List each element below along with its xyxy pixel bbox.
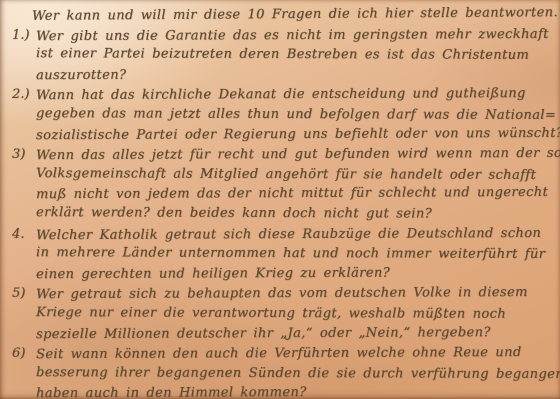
handwritten-line: auszurotten? [36, 64, 552, 86]
question-number: 1.) [8, 26, 36, 46]
question-text: Wenn das alles jetzt für recht und gut b… [36, 145, 552, 223]
handwritten-line: gegeben das man jetzt alles thun und bef… [36, 104, 552, 125]
handwritten-line: in mehrere Länder unternommen hat und no… [36, 243, 552, 264]
handwritten-line: ist einer Partei beizutreten deren Bestr… [36, 44, 552, 65]
question-item-4: 4. Welcher Katholik getraut sich diese R… [8, 225, 552, 284]
question-number: 3) [8, 145, 36, 165]
handwritten-line: sozialistische Partei oder Regierung uns… [36, 123, 552, 145]
question-item-2: 2.) Wann hat das kirchliche Dekanat die … [8, 85, 552, 144]
handwritten-line: Wenn das alles jetzt für recht und gut b… [36, 144, 552, 166]
question-item-6: 6) Seit wann können den auch die Verführ… [8, 344, 552, 399]
question-text: Wann hat das kirchliche Dekanat die ents… [36, 85, 552, 144]
question-item-3: 3) Wenn das alles jetzt für recht und gu… [8, 145, 552, 223]
question-item-1: 1.) Wer gibt uns die Garantie das es nic… [8, 26, 552, 85]
handwritten-line: besserung ihrer begangenen Sünden die si… [36, 363, 552, 384]
scanned-handwritten-page: Wer kann und will mir diese 10 Fragen di… [0, 0, 560, 399]
question-text: Wer getraut sich zu behaupten das vom de… [36, 284, 552, 343]
handwritten-line: spezielle Millionen deutscher ihr „Ja,“ … [36, 322, 552, 344]
handwritten-line: erklärt werden? den beides kann doch nic… [36, 203, 552, 224]
handwritten-line: Wann hat das kirchliche Dekanat die ents… [36, 84, 552, 106]
question-number: 5) [8, 284, 36, 304]
handwritten-line: Kriege nur einer die verantwortung trägt… [36, 303, 552, 324]
handwritten-line: Wer gibt uns die Garantie das es nicht i… [36, 24, 552, 46]
question-text: Wer gibt uns die Garantie das es nicht i… [36, 26, 552, 85]
handwritten-line: Wer getraut sich zu behaupten das vom de… [36, 283, 552, 305]
handwritten-line: einen gerechten und heiligen Krieg zu er… [36, 263, 552, 285]
question-number: 6) [8, 344, 36, 364]
handwritten-line: Volksgemeinschaft als Mitglied angehört … [36, 164, 552, 185]
question-item-5: 5) Wer getraut sich zu behaupten das vom… [8, 284, 552, 343]
question-text: Seit wann können den auch die Verführten… [36, 344, 552, 399]
handwritten-line: Seit wann können den auch die Verführten… [36, 343, 552, 365]
question-number: 2.) [8, 85, 36, 105]
handwritten-line: Welcher Katholik getraut sich diese Raub… [36, 223, 552, 245]
handwritten-line: haben auch in den Himmel kommen? [36, 382, 552, 399]
handwritten-line: muß nicht von jedem das der nicht mittut… [36, 183, 552, 205]
page-title: Wer kann und will mir diese 10 Fragen di… [32, 3, 552, 26]
question-number: 4. [8, 225, 36, 245]
question-text: Welcher Katholik getraut sich diese Raub… [36, 225, 552, 284]
